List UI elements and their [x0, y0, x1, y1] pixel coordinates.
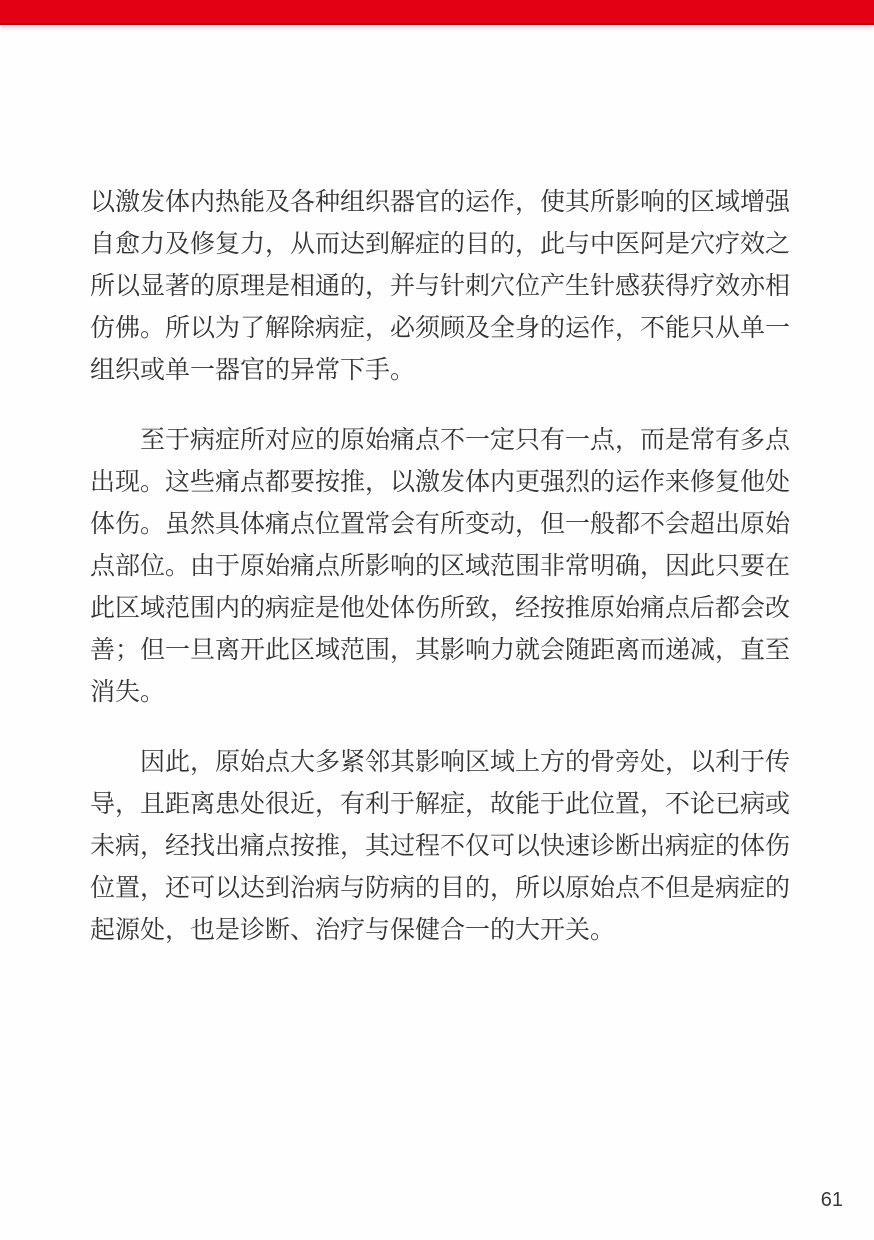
- body-paragraph-2: 至于病症所对应的原始痛点不一定只有一点，而是常有多点出现。这些痛点都要按推，以激…: [90, 419, 790, 713]
- body-paragraph-1: 以激发体内热能及各种组织器官的运作，使其所影响的区域增强自愈力及修复力，从而达到…: [90, 181, 790, 391]
- body-paragraph-3: 因此，原始点大多紧邻其影响区域上方的骨旁处，以利于传导，且距离患处很近，有利于解…: [90, 741, 790, 951]
- page-number: 61: [821, 1188, 843, 1212]
- page-content: 以激发体内热能及各种组织器官的运作，使其所影响的区域增强自愈力及修复力，从而达到…: [90, 181, 790, 951]
- top-red-bar: [0, 0, 874, 25]
- book-page: 以激发体内热能及各种组织器官的运作，使其所影响的区域增强自愈力及修复力，从而达到…: [0, 0, 874, 1240]
